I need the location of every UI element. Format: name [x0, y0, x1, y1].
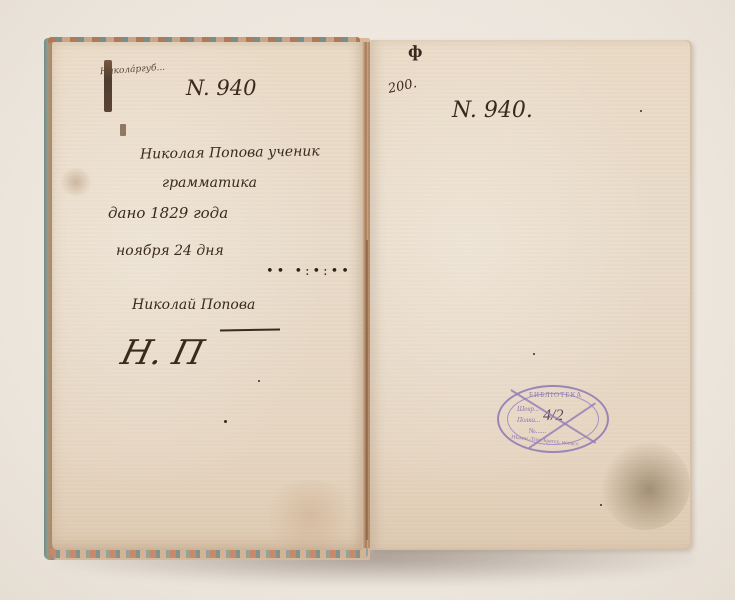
inscription-line-4: ноября 24 дня: [116, 244, 224, 258]
paper-stain: [260, 480, 360, 550]
inscription-line-3: дано 1829 года: [108, 206, 228, 221]
catalog-number-right: N. 940.: [452, 100, 533, 122]
inscription-line-1: Николая Попова ученик: [140, 144, 320, 161]
ink-speck: [224, 420, 227, 423]
stamp-top-text: БИБЛIОТЕКА: [529, 391, 582, 399]
left-page-flyleaf: [52, 42, 364, 550]
signature-line: Николай Попова: [132, 298, 255, 312]
library-stamp: БИБЛIОТЕКА Шевр... Полка... №...... Нѣжи…: [497, 385, 609, 453]
ink-speck: [258, 380, 260, 382]
stamp-line-3: №......: [529, 427, 546, 435]
ink-speck: [640, 110, 642, 112]
mold-stain: [600, 440, 690, 530]
ink-speck: [533, 353, 535, 355]
ink-dots: •• •:•:••: [266, 264, 352, 279]
corner-mark: ф: [408, 44, 422, 60]
inscription-line-2: грамматика: [162, 176, 257, 190]
paper-stain: [58, 168, 94, 196]
ink-speck: [600, 504, 602, 506]
ink-blot-mark-small: [120, 124, 126, 136]
stamp-line-2: Полка...: [517, 416, 540, 424]
catalog-number-left: N. 940: [186, 78, 256, 99]
initials: Н. П: [118, 336, 207, 370]
binding-thread: [366, 240, 368, 540]
